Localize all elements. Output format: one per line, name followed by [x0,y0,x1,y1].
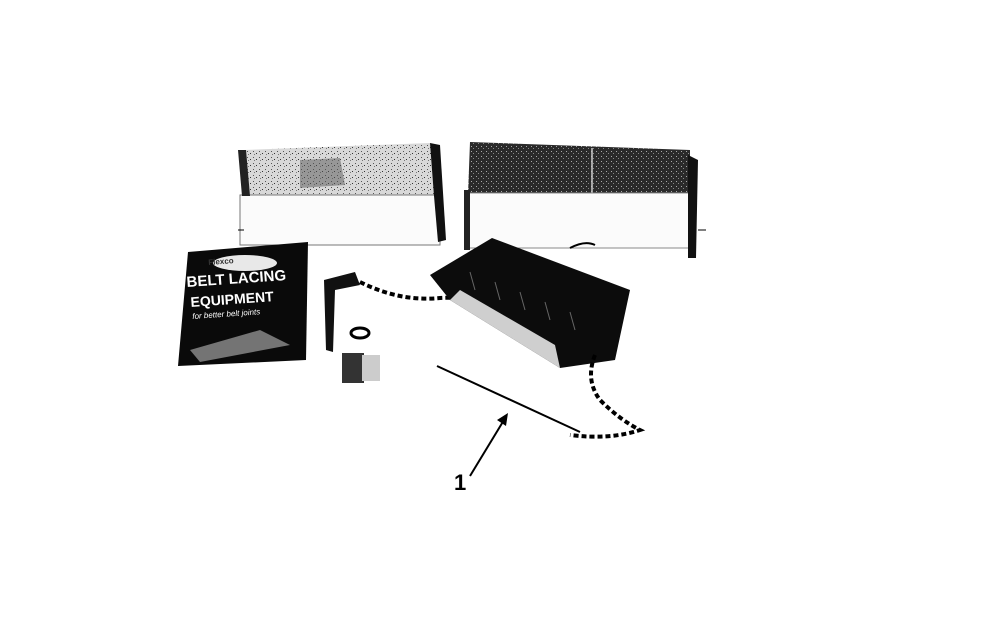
washer [351,328,369,338]
lacer-tool [430,238,630,368]
small-fitting [342,353,380,383]
left-storage-box [238,143,446,245]
callout-arrow [470,413,508,476]
callout-label-1: 1 [454,470,466,496]
clamp-bracket [324,272,360,352]
chain-right [570,355,640,437]
right-storage-box [464,142,706,258]
leader-line [437,366,580,432]
parts-figure: Flexco BELT LACING EQUIPMENT for better … [0,0,1000,620]
booklet-brand: Flexco [208,256,234,267]
